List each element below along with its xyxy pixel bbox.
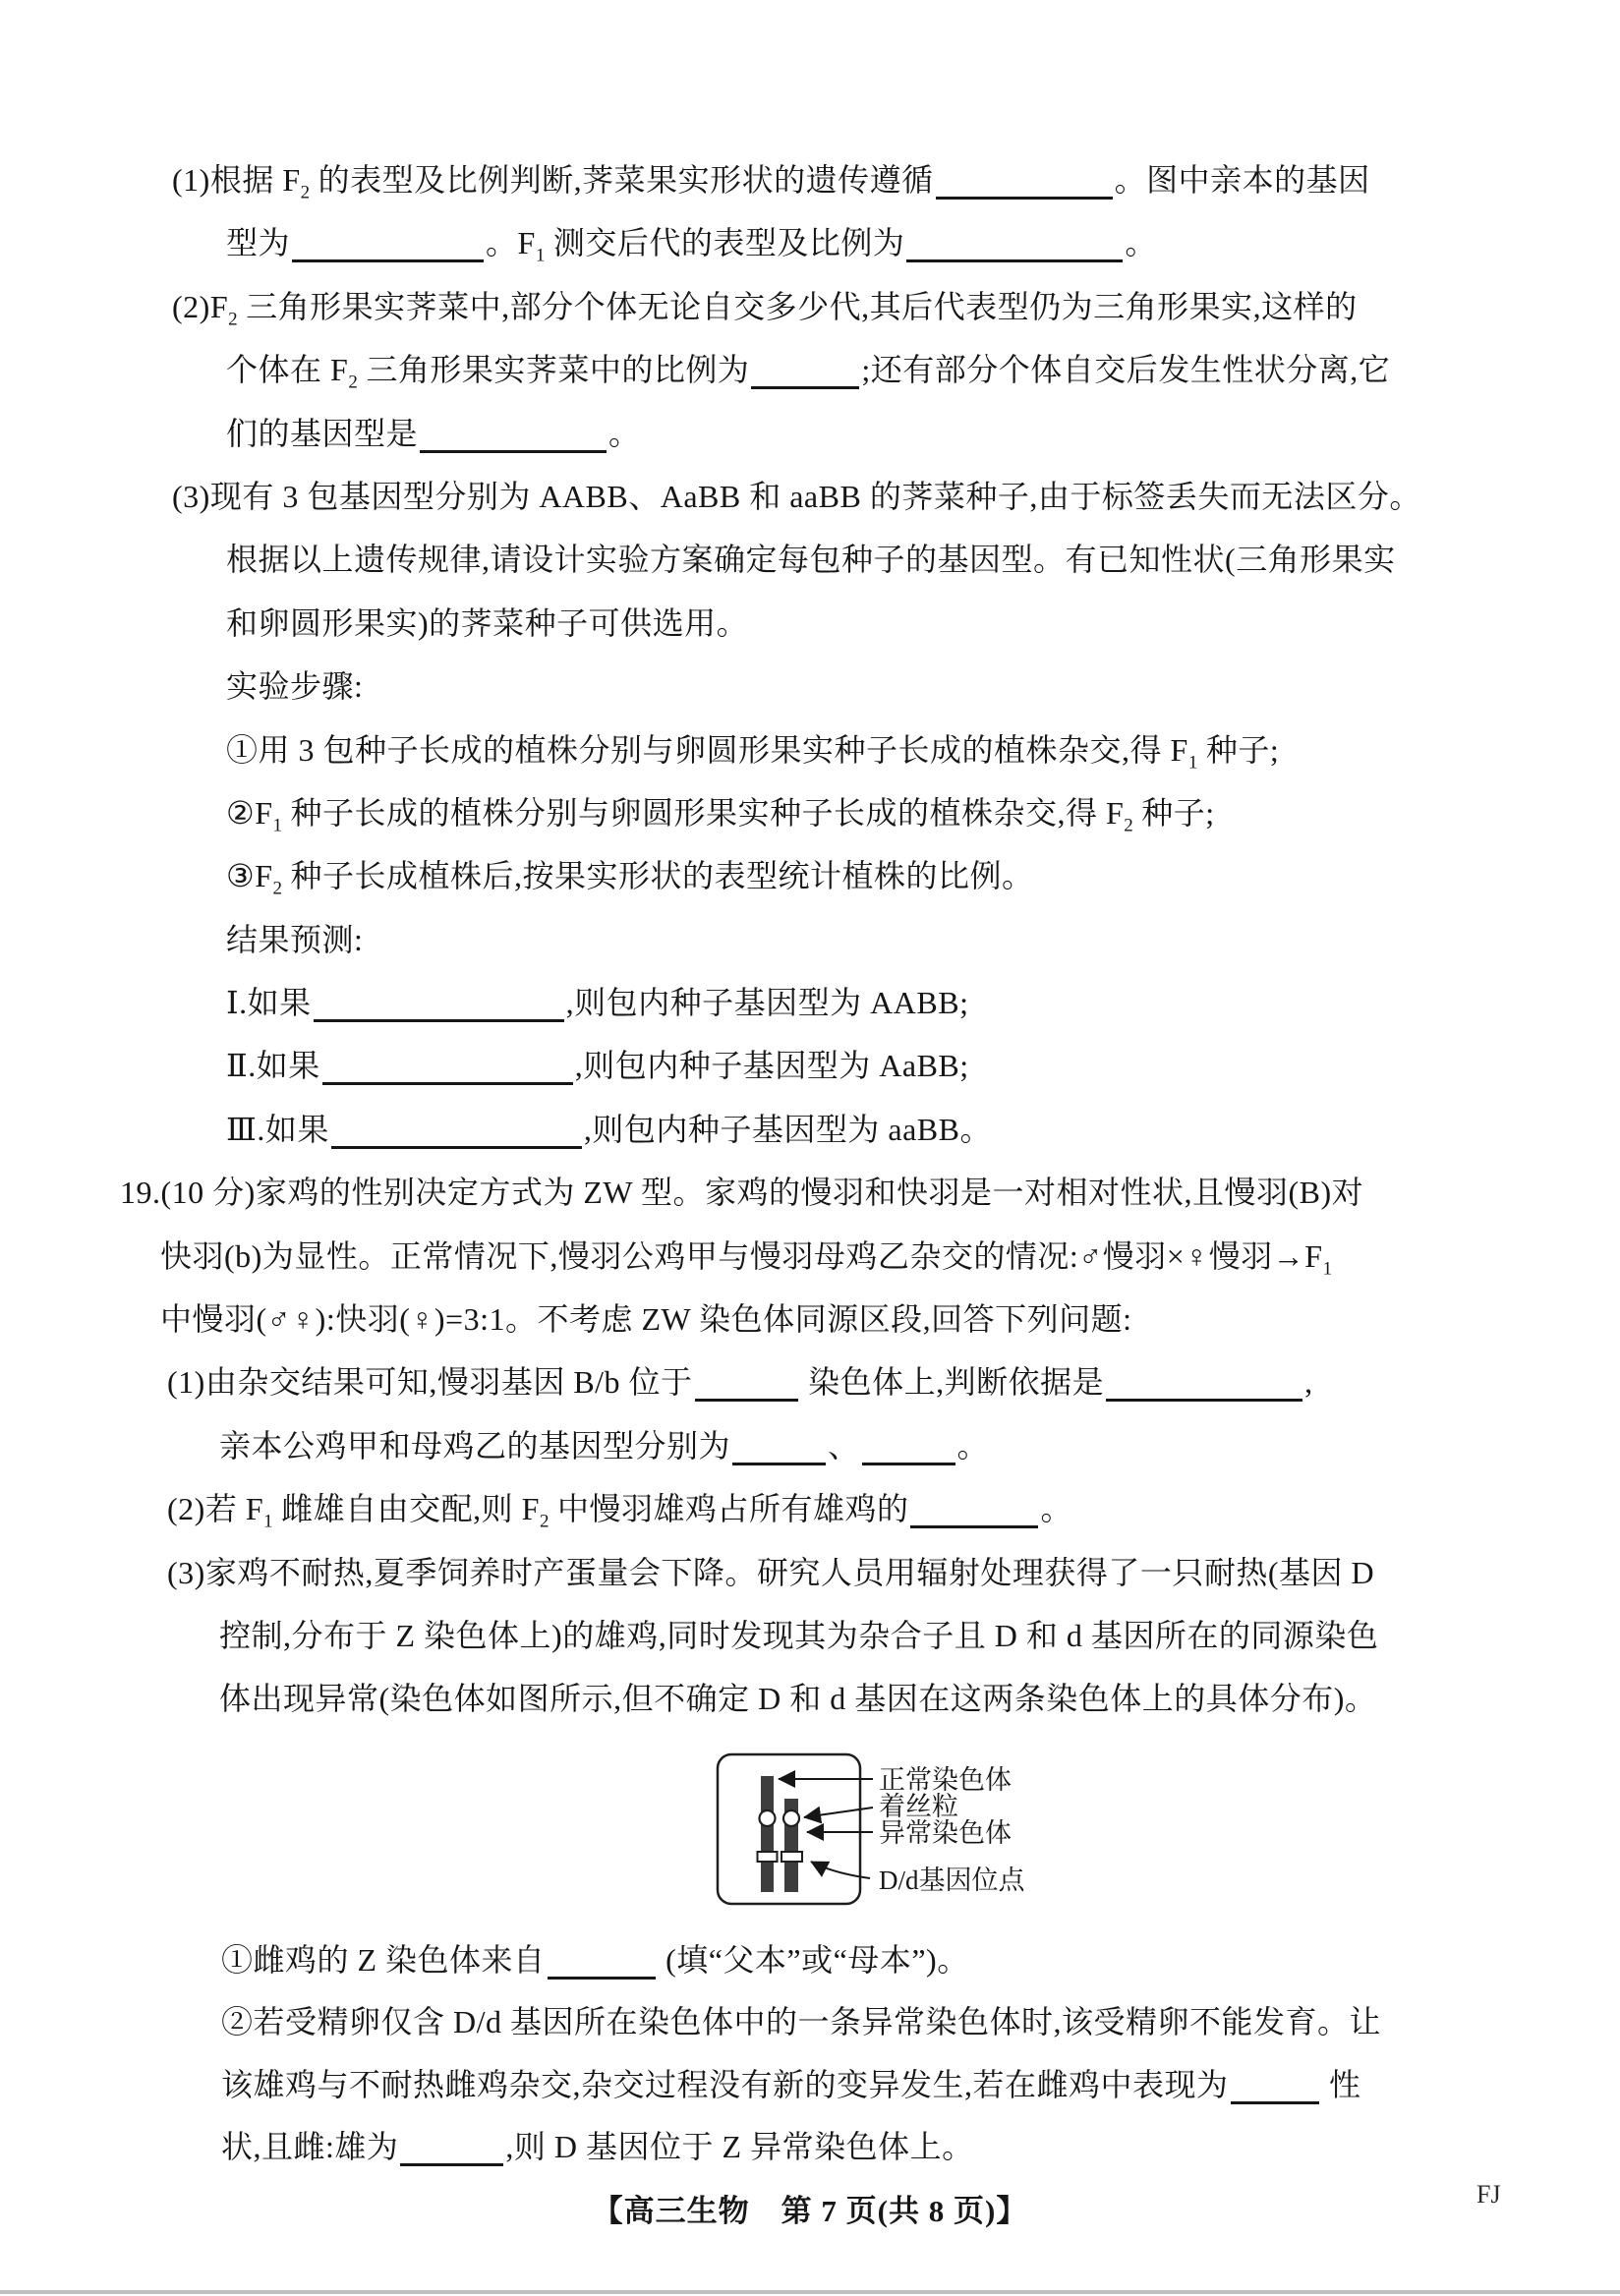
text-run: ,则包内种子基因型为 aaBB。 [584,1112,992,1147]
text-line: 根据以上遗传规律,请设计实验方案确定每包种子的基因型。有已知性状(三角形果实 [226,528,1620,591]
gene-locus-band-left [758,1852,778,1862]
answer-blank [906,230,1123,262]
text-line: (2)F2 三角形果实荠菜中,部分个体无论自交多少代,其后代表型仍为三角形果实,… [172,275,1620,338]
text-run: 雌雄自由交配,则 F [273,1491,540,1526]
answer-blank [862,1433,955,1465]
text-line: 亲本公鸡甲和母鸡乙的基因型分别为、。 [219,1414,1620,1477]
text-line: (3)现有 3 包基因型分别为 AABB、AaBB 和 aaBB 的荠菜种子,由… [172,465,1620,528]
text-run: ,则 D 基因位于 Z 异常染色体上。 [505,2129,973,2164]
text-run: 快羽(b)为显性。正常情况下,慢羽公鸡甲与慢羽母鸡乙杂交的情况:♂慢羽×♀慢羽→… [160,1238,1323,1274]
answer-blank [910,1496,1038,1528]
text-line: 个体在 F2 三角形果实荠菜中的比例为;还有部分个体自交后发生性状分离,它 [226,338,1620,401]
answer-blank [322,1053,573,1085]
text-run: 。 [1125,225,1157,260]
text-line: ②若受精卵仅含 D/d 基因所在染色体中的一条异常染色体时,该受精卵不能发育。让 [221,1991,1620,2054]
text-line: (3)家鸡不耐热,夏季饲养时产蛋量会下降。研究人员用辐射处理获得了一只耐热(基因… [167,1541,1620,1604]
text-run: 中慢羽(♂♀):快羽(♀)=3:1。不考虑 ZW 染色体同源区段,回答下列问题: [160,1301,1132,1337]
answer-blank [292,230,484,262]
scan-edge [0,2290,1620,2294]
text-run: ②F [226,795,272,831]
subscript: 1 [1323,1258,1333,1279]
text-run: 。图中亲本的基因 [1115,162,1370,198]
subscript: 1 [536,246,546,266]
text-run: 种子; [1197,732,1279,768]
text-run: ;还有部分个体自交后发生性状分离,它 [861,352,1390,387]
text-run: (3)现有 3 包基因型分别为 AABB、AaBB 和 aaBB 的荠菜种子,由… [172,479,1421,514]
text-run: (1)由杂交结果可知,慢羽基因 B/b 位于 [167,1364,693,1400]
text-run: 的表型及比例判断,荠菜果实形状的遗传遵循 [310,162,934,198]
text-run: ①用 3 包种子长成的植株分别与卵圆形果实种子长成的植株杂交,得 F [226,732,1188,768]
chromosome-diagram: 正常染色体 着丝粒 异常染色体 D/d基因位点 [716,1752,1070,1912]
text-line: 19.(10 分)家鸡的性别决定方式为 ZW 型。家鸡的慢羽和快羽是一对相对性状… [120,1161,1620,1224]
text-run: ,则包内种子基因型为 AABB; [566,985,969,1020]
text-run: (填“父本”或“母本”)。 [658,1942,969,1978]
text-line: Ⅱ.如果,则包内种子基因型为 AaBB; [226,1034,1620,1097]
subscript: 1 [263,1512,273,1532]
text-run: 和卵圆形果实)的荠菜种子可供选用。 [226,605,748,641]
answer-blank [331,1117,582,1149]
text-line: 状,且雌:雄为,则 D 基因位于 Z 异常染色体上。 [221,2116,1620,2179]
figure-label-normal-chromosome: 正常染色体 [879,1765,1012,1795]
text-line: 型为。F1 测交后代的表型及比例为。 [226,211,1620,274]
text-line: 中慢羽(♂♀):快羽(♀)=3:1。不考虑 ZW 染色体同源区段,回答下列问题: [160,1288,1620,1350]
text-run: Ⅲ.如果 [226,1112,329,1147]
text-run: ,则包内种子基因型为 AaBB; [575,1048,969,1083]
text-run: 个体在 F [226,352,348,387]
text-run: 该雄鸡与不耐热雌鸡杂交,杂交过程没有新的变异发生,若在雌鸡中表现为 [221,2067,1229,2102]
subscript: 2 [272,879,282,899]
text-run: 亲本公鸡甲和母鸡乙的基因型分别为 [219,1428,730,1464]
arrow-centromere [804,1808,873,1817]
text-run: 染色体上,判断依据是 [800,1364,1105,1400]
answer-blank [400,2134,503,2166]
text-run: 。 [1040,1491,1072,1526]
subscript: 2 [348,373,358,393]
text-run: 性 [1321,2067,1361,2102]
text-run: 19.(10 分)家鸡的性别决定方式为 ZW 型。家鸡的慢羽和快羽是一对相对性状… [120,1175,1363,1210]
text-run: 测交后代的表型及比例为 [545,225,904,260]
chromosome-figure: 正常染色体 着丝粒 异常染色体 D/d基因位点 [716,1752,1070,1912]
subscript: 1 [1188,752,1198,773]
text-line: 实验步骤: [226,655,1620,717]
text-line: ③F2 种子长成植株后,按果实形状的表型统计植株的比例。 [226,844,1620,907]
text-run: (2)若 F [167,1491,263,1526]
text-line: Ⅲ.如果,则包内种子基因型为 aaBB。 [226,1098,1620,1161]
text-run: 种子长成植株后,按果实形状的表型统计植株的比例。 [282,858,1034,893]
text-run: ①雌鸡的 Z 染色体来自 [221,1942,546,1978]
text-line: ①雌鸡的 Z 染色体来自 (填“父本”或“母本”)。 [221,1929,1620,1992]
text-run: 种子长成的植株分别与卵圆形果实种子长成的植株杂交,得 F [282,795,1124,831]
text-line: 快羽(b)为显性。正常情况下,慢羽公鸡甲与慢羽母鸡乙杂交的情况:♂慢羽×♀慢羽→… [160,1225,1620,1288]
paper-code: FJ [1476,2180,1501,2210]
text-run: 体出现异常(染色体如图所示,但不确定 D 和 d 基因在这两条染色体上的具体分布… [219,1681,1376,1716]
text-run: 结果预测: [226,922,363,957]
question-text-block-bottom: ①雌鸡的 Z 染色体来自 (填“父本”或“母本”)。②若受精卵仅含 D/d 基因… [0,1929,1620,2179]
text-run: (3)家鸡不耐热,夏季饲养时产蛋量会下降。研究人员用辐射处理获得了一只耐热(基因… [167,1555,1374,1590]
text-run: 根据以上遗传规律,请设计实验方案确定每包种子的基因型。有已知性状(三角形果实 [226,542,1396,577]
answer-blank [732,1433,826,1465]
text-run: ②若受精卵仅含 D/d 基因所在染色体中的一条异常染色体时,该受精卵不能发育。让 [221,2004,1381,2039]
answer-blank [1231,2072,1319,2104]
text-run: 型为 [226,225,290,260]
text-line: (1)根据 F2 的表型及比例判断,荠菜果实形状的遗传遵循。图中亲本的基因 [172,148,1620,211]
normal-chromosome-bar [761,1776,774,1892]
subscript: 2 [1124,815,1133,835]
text-run: Ⅰ.如果 [226,985,312,1020]
text-run: (1)根据 F [172,162,301,198]
text-run: 实验步骤: [226,668,363,704]
text-run: , [1304,1364,1313,1400]
figure-label-abnormal-chromosome: 异常染色体 [879,1818,1012,1848]
text-line: 和卵圆形果实)的荠菜种子可供选用。 [226,592,1620,655]
footer-row: 【高三生物 第 7 页(共 8 页)】 [0,2192,1620,2231]
text-line: (2)若 F1 雌雄自由交配,则 F2 中慢羽雄鸡占所有雄鸡的。 [167,1477,1620,1540]
subscript: 2 [228,309,238,329]
text-line: 该雄鸡与不耐热雌鸡杂交,杂交过程没有新的变异发生,若在雌鸡中表现为 性 [221,2054,1620,2117]
text-run: Ⅱ.如果 [226,1048,320,1083]
text-run: 控制,分布于 Z 染色体上)的雄鸡,同时发现其为杂合子且 D 和 d 基因所在的… [219,1618,1378,1653]
centromere-right [783,1810,799,1826]
answer-blank [1106,1369,1302,1402]
text-run: 三角形果实荠菜中的比例为 [358,352,750,387]
text-line: 体出现异常(染色体如图所示,但不确定 D 和 d 基因在这两条染色体上的具体分布… [219,1667,1620,1730]
text-run: 中慢羽雄鸡占所有雄鸡的 [549,1491,908,1526]
text-run: (2)F [172,289,228,324]
text-run: 、 [828,1428,860,1464]
text-run: ③F [226,858,272,893]
text-line: ②F1 种子长成的植株分别与卵圆形果实种子长成的植株杂交,得 F2 种子; [226,781,1620,844]
subscript: 2 [301,182,311,202]
text-line: Ⅰ.如果,则包内种子基因型为 AABB; [226,971,1620,1034]
text-line: 结果预测: [226,908,1620,971]
text-line: 控制,分布于 Z 染色体上)的雄鸡,同时发现其为杂合子且 D 和 d 基因所在的… [219,1604,1620,1667]
text-line: (1)由杂交结果可知,慢羽基因 B/b 位于 染色体上,判断依据是, [167,1350,1620,1413]
text-run: 状,且雌:雄为 [221,2129,398,2164]
exam-page: (1)根据 F2 的表型及比例判断,荠菜果实形状的遗传遵循。图中亲本的基因型为。… [0,0,1620,2296]
figure-label-gene-locus: D/d基因位点 [879,1865,1025,1895]
centromere-left [760,1810,776,1826]
text-run: 。 [957,1428,990,1464]
text-line: ①用 3 包种子长成的植株分别与卵圆形果实种子长成的植株杂交,得 F1 种子; [226,718,1620,781]
text-run: 种子; [1133,795,1215,831]
subscript: 2 [540,1512,550,1532]
answer-blank [420,421,607,453]
page-footer: 【高三生物 第 7 页(共 8 页)】 [593,2194,1028,2228]
question-text-block-top: (1)根据 F2 的表型及比例判断,荠菜果实形状的遗传遵循。图中亲本的基因型为。… [0,0,1620,1731]
text-run: 们的基因型是 [226,416,418,451]
subscript: 1 [272,815,282,835]
figure-label-centromere: 着丝粒 [879,1792,958,1821]
answer-blank [548,1947,656,1980]
text-run: 三角形果实荠菜中,部分个体无论自交多少代,其后代表型仍为三角形果实,这样的 [238,289,1358,324]
answer-blank [314,990,564,1022]
gene-locus-band-right [781,1852,802,1862]
text-run: 。F [486,225,536,260]
answer-blank [936,167,1113,200]
text-line: 们的基因型是。 [226,402,1620,465]
text-run: 。 [608,416,641,451]
answer-blank [695,1369,798,1402]
answer-blank [751,357,859,389]
